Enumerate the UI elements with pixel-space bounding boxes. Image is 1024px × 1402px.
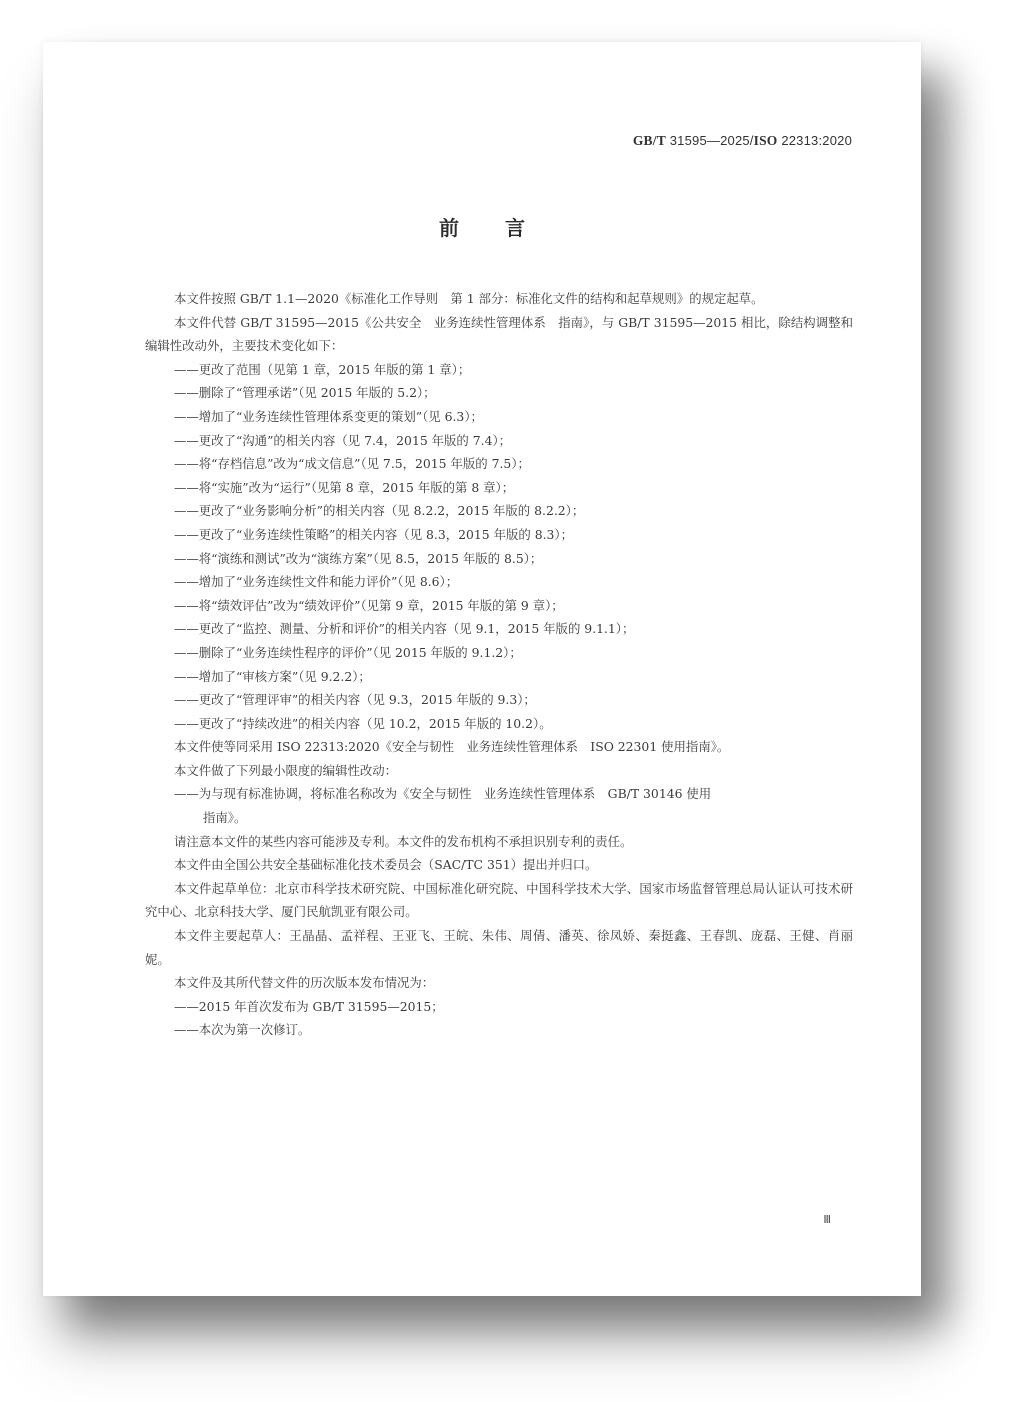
change-item: ——删除了“管理承诺”（见 2015 年版的 5.2）； — [145, 381, 853, 405]
paragraph: 本文件代替 GB/T 31595—2015《公共安全 业务连续性管理体系 指南》… — [145, 311, 853, 358]
change-item: ——将“存档信息”改为“成文信息”（见 7.5，2015 年版的 7.5）； — [145, 452, 853, 476]
iso-number: 22313:2020 — [781, 133, 852, 148]
change-item: ——增加了“审核方案”（见 9.2.2）； — [145, 665, 853, 689]
change-item: ——删除了“业务连续性程序的评价”（见 2015 年版的 9.1.2）； — [145, 641, 853, 665]
foreword-body: 本文件按照 GB/T 1.1—2020《标准化工作导则 第 1 部分：标准化文件… — [145, 287, 853, 1042]
history-item: ——2015 年首次发布为 GB/T 31595—2015； — [145, 995, 853, 1019]
paragraph: 本文件起草单位：北京市科学技术研究院、中国标准化研究院、中国科学技术大学、国家市… — [145, 877, 853, 924]
iso-prefix: ISO — [754, 133, 778, 148]
page-number: Ⅲ — [823, 1213, 831, 1226]
change-item: ——增加了“业务连续性管理体系变更的策划”（见 6.3）； — [145, 405, 853, 429]
change-item: ——更改了“沟通”的相关内容（见 7.4，2015 年版的 7.4）； — [145, 429, 853, 453]
page-title: 前言 — [43, 212, 921, 241]
change-item: ——更改了“业务影响分析”的相关内容（见 8.2.2，2015 年版的 8.2.… — [145, 499, 853, 523]
standard-number-header: GB/T 31595—2025/ISO 22313:2020 — [633, 133, 852, 149]
change-item: ——将“实施”改为“运行”（见第 8 章，2015 年版的第 8 章）； — [145, 476, 853, 500]
paragraph: 本文件及其所代替文件的历次版本发布情况为： — [145, 971, 853, 995]
change-item: ——将“演练和测试”改为“演练方案”（见 8.5，2015 年版的 8.5）； — [145, 547, 853, 571]
change-item: ——增加了“业务连续性文件和能力评价”（见 8.6）； — [145, 570, 853, 594]
paragraph: 请注意本文件的某些内容可能涉及专利。本文件的发布机构不承担识别专利的责任。 — [145, 830, 853, 854]
change-item: ——更改了“业务连续性策略”的相关内容（见 8.3，2015 年版的 8.3）； — [145, 523, 853, 547]
paragraph: 本文件做了下列最小限度的编辑性改动： — [145, 759, 853, 783]
change-item: ——将“绩效评估”改为“绩效评价”（见第 9 章，2015 年版的第 9 章）； — [145, 594, 853, 618]
paragraph: 本文件主要起草人：王晶晶、孟祥程、王亚飞、王皖、朱伟、周倩、潘英、徐凤娇、秦挺鑫… — [145, 924, 853, 971]
change-item: ——更改了范围（见第 1 章，2015 年版的第 1 章）； — [145, 358, 853, 382]
standard-number: 31595—2025/ — [670, 133, 754, 148]
editorial-change-item: ——为与现有标准协调，将标准名称改为《安全与韧性 业务连续性管理体系 GB/T … — [145, 782, 853, 829]
history-item: ——本次为第一次修订。 — [145, 1018, 853, 1042]
paragraph: 本文件使等同采用 ISO 22313:2020《安全与韧性 业务连续性管理体系 … — [145, 735, 853, 759]
editorial-change-continuation: 指南》。 — [174, 806, 853, 830]
document-page: GB/T 31595—2025/ISO 22313:2020 前言 本文件按照 … — [43, 42, 921, 1296]
change-item: ——更改了“持续改进”的相关内容（见 10.2，2015 年版的 10.2）。 — [145, 712, 853, 736]
paragraph: 本文件由全国公共安全基础标准化技术委员会（SAC/TC 351）提出并归口。 — [145, 853, 853, 877]
standard-prefix: GB/T — [633, 133, 666, 148]
paragraph: 本文件按照 GB/T 1.1—2020《标准化工作导则 第 1 部分：标准化文件… — [145, 287, 853, 311]
change-item: ——更改了“管理评审”的相关内容（见 9.3，2015 年版的 9.3）； — [145, 688, 853, 712]
editorial-change-text: ——为与现有标准协调，将标准名称改为《安全与韧性 业务连续性管理体系 GB/T … — [174, 786, 711, 801]
change-item: ——更改了“监控、测量、分析和评价”的相关内容（见 9.1，2015 年版的 9… — [145, 617, 853, 641]
